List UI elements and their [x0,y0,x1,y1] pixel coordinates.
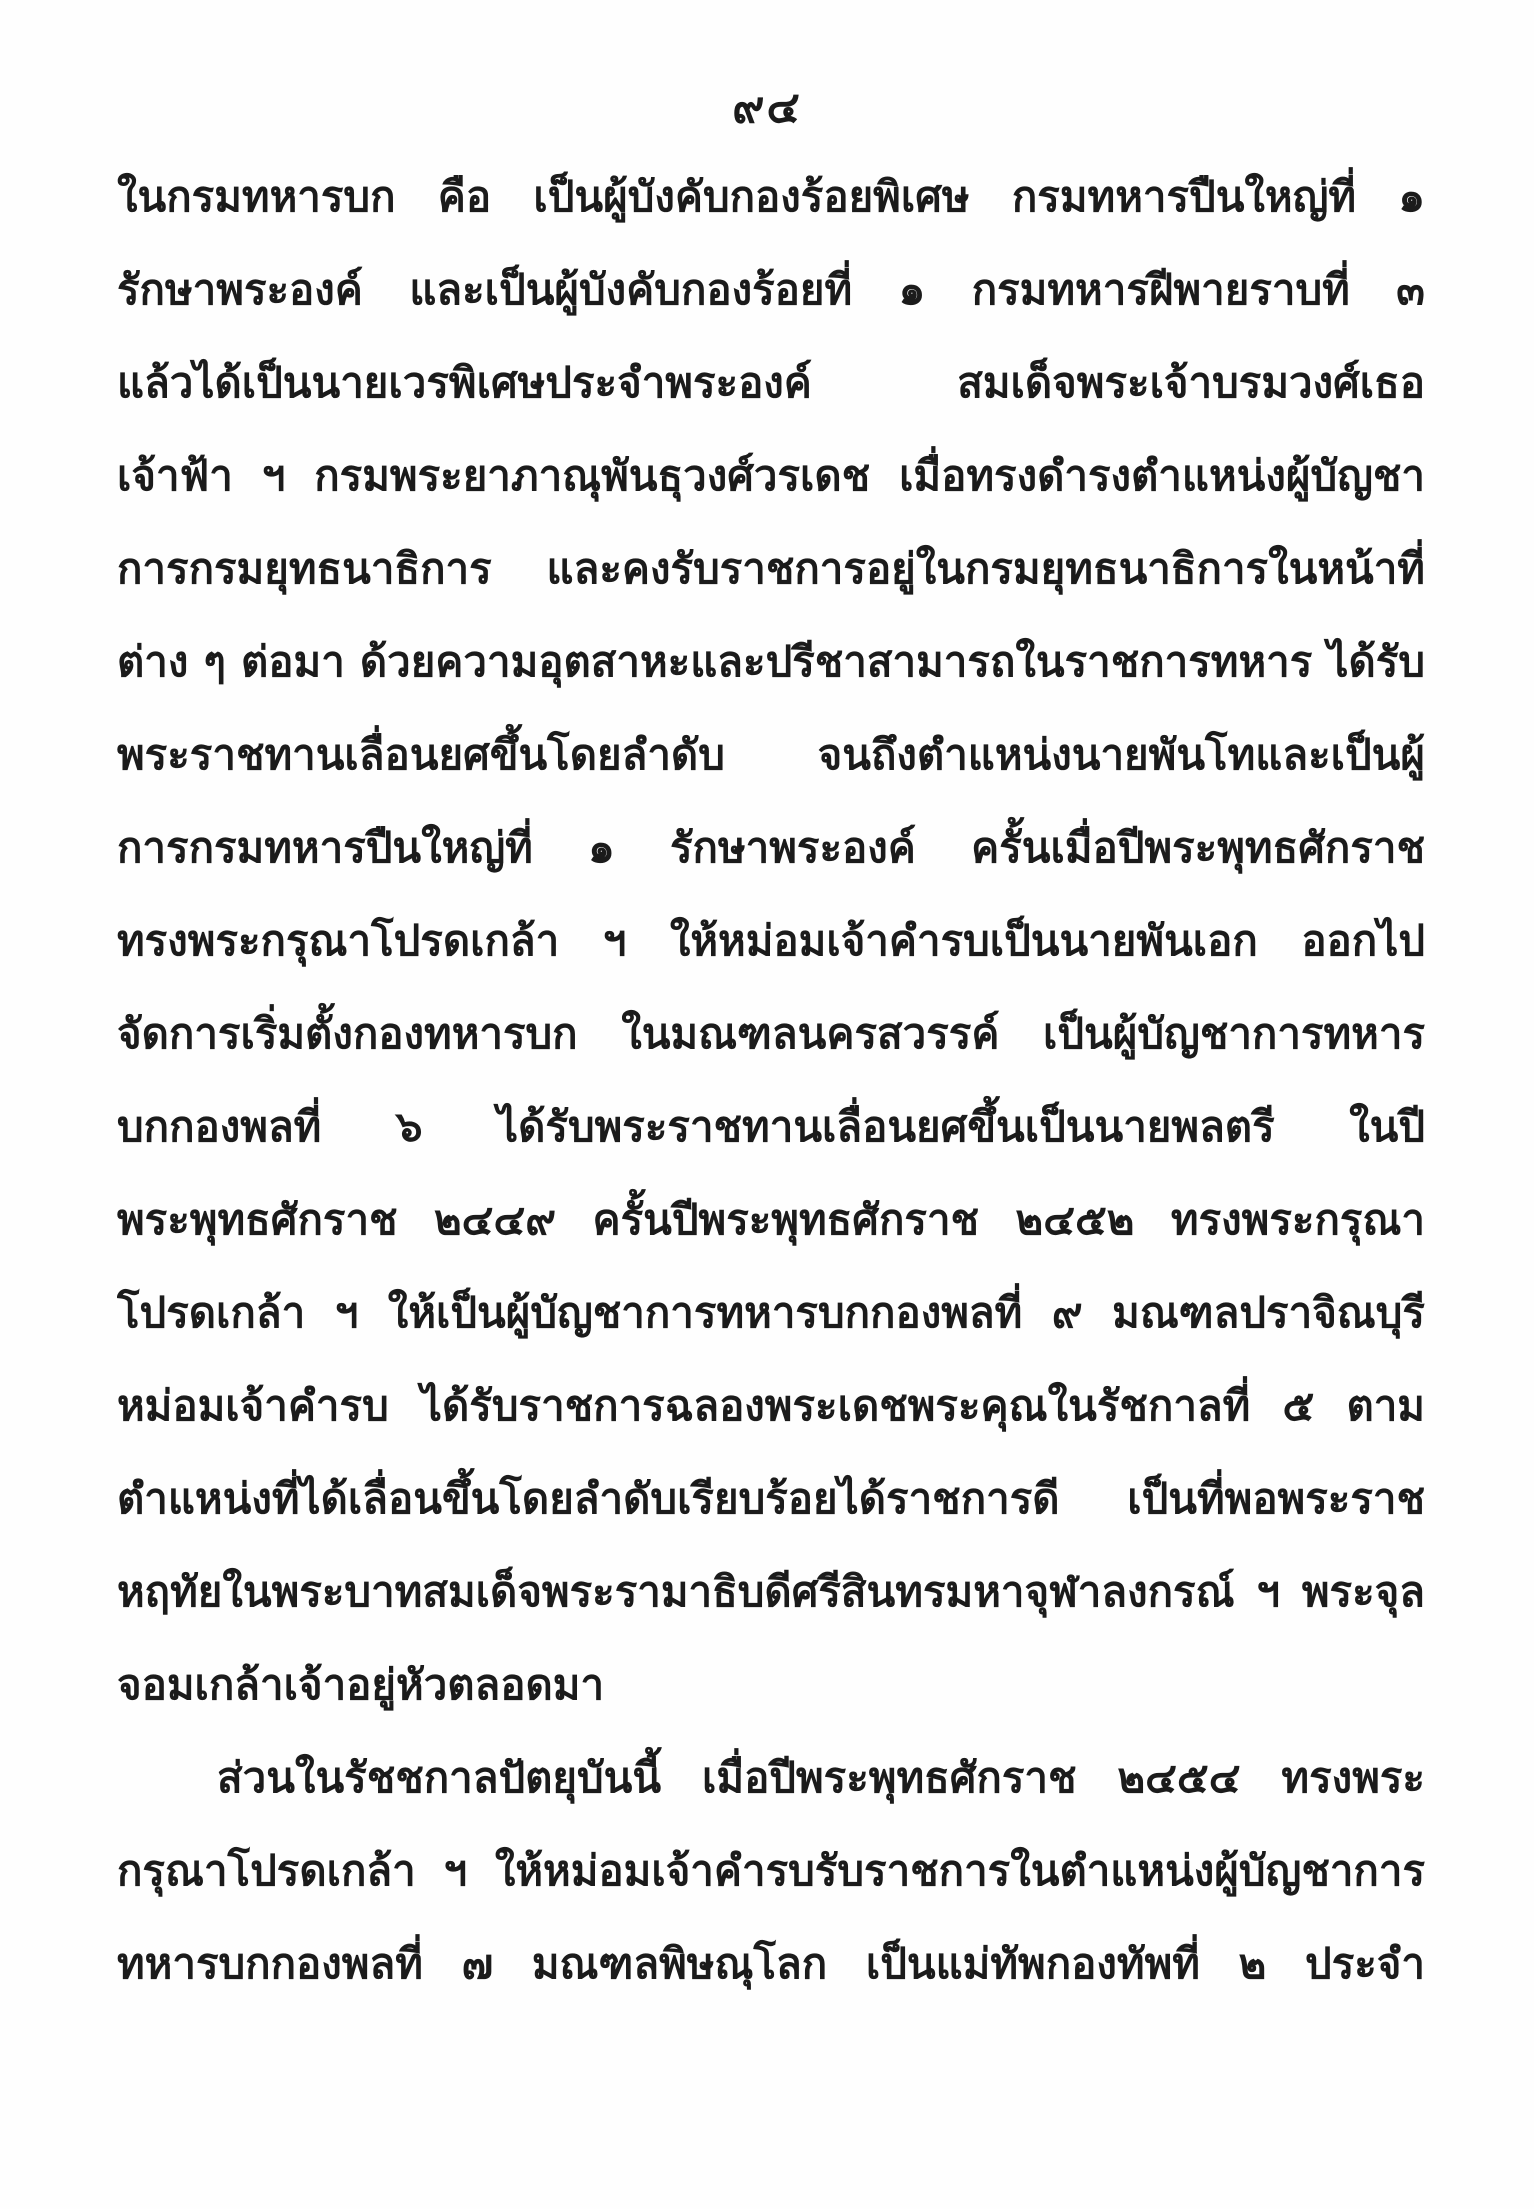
text-line: กรุณาโปรดเกล้า ฯ ให้หม่อมเจ้าคำรบรับราชก… [117,1824,1425,1917]
text-line: หม่อมเจ้าคำรบ ได้รับราชการฉลองพระเดชพระค… [117,1359,1425,1452]
text-line: ส่วนในรัชชกาลปัตยุบันนี้ เมื่อปีพระพุทธศ… [117,1731,1425,1824]
page-number: ๙๔ [0,72,1534,142]
text-line: พระราชทานเลื่อนยศขึ้นโดยลำดับ จนถึงตำแหน… [117,708,1425,801]
text-line: พระพุทธศักราช ๒๔๔๙ ครั้นปีพระพุทธศักราช … [117,1173,1425,1266]
text-line: หฤทัยในพระบาทสมเด็จพระรามาธิบดีศรีสินทรม… [117,1545,1425,1638]
text-line: เจ้าฟ้า ฯ กรมพระยาภาณุพันธุวงศ์วรเดช เมื… [117,429,1425,522]
text-line: บกกองพลที่ ๖ ได้รับพระราชทานเลื่อนยศขึ้น… [117,1080,1425,1173]
body-text-block: ในกรมทหารบก คือ เป็นผู้บังคับกองร้อยพิเศ… [117,150,1425,2010]
scanned-book-page: ๙๔ ในกรมทหารบก คือ เป็นผู้บังคับกองร้อยพ… [0,0,1534,2209]
paragraph-2: ส่วนในรัชชกาลปัตยุบันนี้ เมื่อปีพระพุทธศ… [117,1731,1425,2010]
text-line: การกรมทหารปืนใหญ่ที่ ๑ รักษาพระองค์ ครั้… [117,801,1425,894]
text-line: โปรดเกล้า ฯ ให้เป็นผู้บัญชาการทหารบกกองพ… [117,1266,1425,1359]
text-line: ทรงพระกรุณาโปรดเกล้า ฯ ให้หม่อมเจ้าคำรบเ… [117,894,1425,987]
text-line: แล้วได้เป็นนายเวรพิเศษประจำพระองค์ สมเด็… [117,336,1425,429]
text-line: การกรมยุทธนาธิการ และคงรับราชการอยู่ในกร… [117,522,1425,615]
text-line: ทหารบกกองพลที่ ๗ มณฑลพิษณุโลก เป็นแม่ทัพ… [117,1917,1425,2010]
text-line: ตำแหน่งที่ได้เลื่อนขึ้นโดยลำดับเรียบร้อย… [117,1452,1425,1545]
text-line: ในกรมทหารบก คือ เป็นผู้บังคับกองร้อยพิเศ… [117,150,1425,243]
text-line: จัดการเริ่มตั้งกองทหารบก ในมณฑลนครสวรรค์… [117,987,1425,1080]
paragraph-1: ในกรมทหารบก คือ เป็นผู้บังคับกองร้อยพิเศ… [117,150,1425,1731]
text-line: ต่าง ๆ ต่อมา ด้วยความอุตสาหะและปรีชาสามา… [117,615,1425,708]
text-line: รักษาพระองค์ และเป็นผู้บังคับกองร้อยที่ … [117,243,1425,336]
text-line: จอมเกล้าเจ้าอยู่หัวตลอดมา [117,1638,1425,1731]
